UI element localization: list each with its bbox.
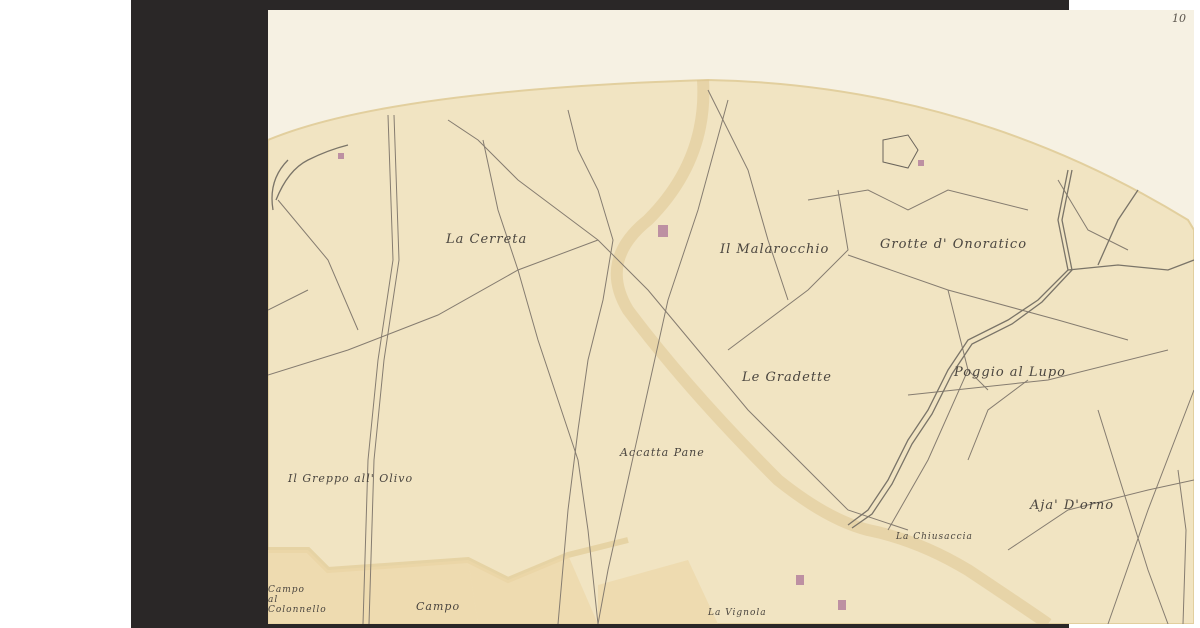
page-number: 10	[1172, 12, 1186, 25]
place-label-aja-dorno: Aja' D'orno	[1030, 498, 1114, 513]
place-label-grotte-donoratico: Grotte d' Onoratico	[880, 237, 1027, 252]
place-label-la-chiusaccia: La Chiusaccia	[896, 532, 973, 542]
place-label-campo: Campo	[416, 600, 460, 613]
place-label-poggio-al-lupo: Poggio al Lupo	[954, 365, 1066, 380]
place-label-il-greppo-allolivo: Il Greppo all' Olivo	[288, 472, 413, 485]
place-label-accatta-pane: Accatta Pane	[620, 446, 705, 459]
place-label-le-gradette: Le Gradette	[742, 370, 832, 385]
cadastral-map-drawing	[268, 10, 1194, 624]
map-frame: 10 La Cerreta Il Malarocchio Grotte d' O…	[131, 0, 1069, 628]
place-label-campo-al-colonnello: Campo al Colonnello	[268, 585, 318, 615]
place-label-la-cerreta: La Cerreta	[446, 232, 527, 247]
place-label-la-vignola: La Vignola	[708, 608, 767, 618]
map-sheet: 10 La Cerreta Il Malarocchio Grotte d' O…	[268, 10, 1194, 624]
place-label-il-malarocchio: Il Malarocchio	[720, 242, 829, 257]
